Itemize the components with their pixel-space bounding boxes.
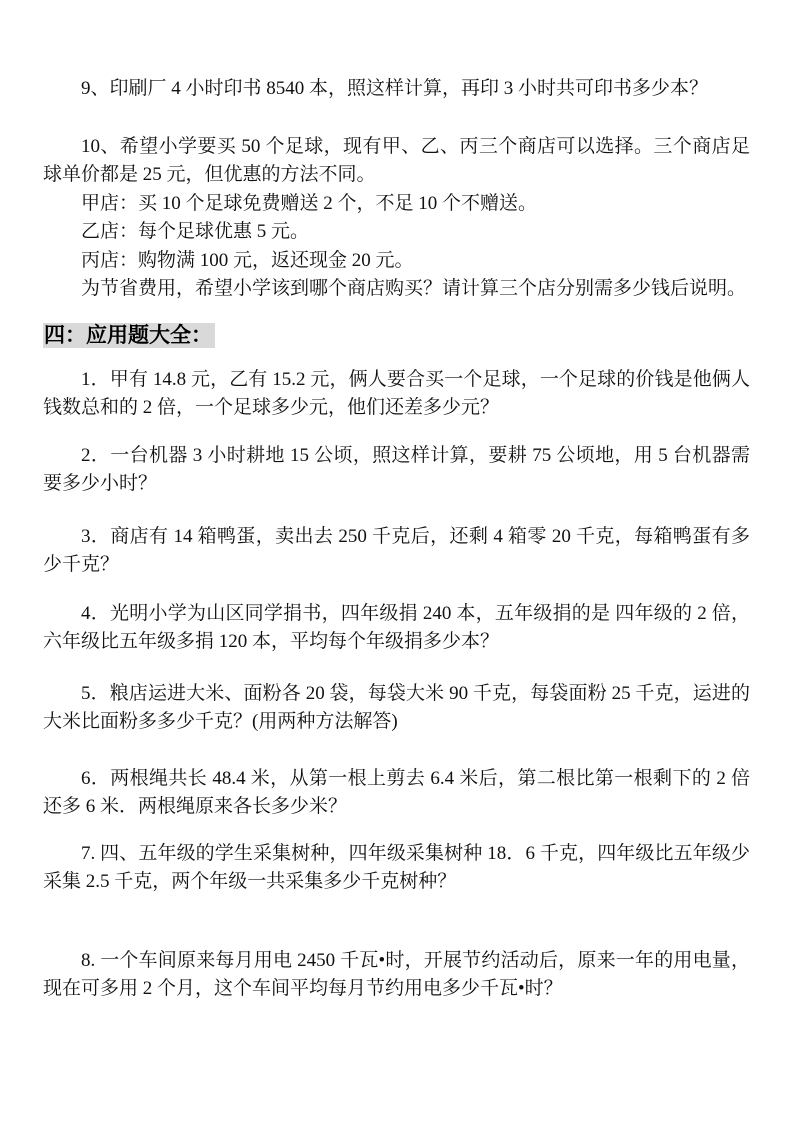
problem-10-store-bing: 丙店：购物满 100 元，返还现金 20 元。 [43,247,750,276]
problem-2: 2．一台机器 3 小时耕地 15 公顷，照这样计算，要耕 75 公顷地，用 5 … [43,442,750,499]
problem-3: 3．商店有 14 箱鸭蛋，卖出去 250 千克后，还剩 4 箱零 20 千克，每… [43,523,750,580]
section-4-header-text: 四：应用题大全： [43,323,215,348]
problem-10-intro: 10、希望小学要买 50 个足球，现有甲、乙、丙三个商店可以选择。三个商店足球单… [43,133,750,190]
problem-9: 9、印刷厂 4 小时印书 8540 本，照这样计算，再印 3 小时共可印书多少本… [43,75,750,104]
document-body: 9、印刷厂 4 小时印书 8540 本，照这样计算，再印 3 小时共可印书多少本… [43,75,750,1004]
worksheet-page: { "page": { "background_color": "#ffffff… [0,0,793,1122]
problem-10-store-jia: 甲店：买 10 个足球免费赠送 2 个，不足 10 个不赠送。 [43,190,750,219]
problem-4: 4．光明小学为山区同学捐书，四年级捐 240 本，五年级捐的是 四年级的 2 倍… [43,600,750,657]
problem-10-conclusion: 为节省费用，希望小学该到哪个商店购买？请计算三个店分别需多少钱后说明。 [43,275,750,304]
problem-5: 5．粮店运进大米、面粉各 20 袋，每袋大米 90 千克，每袋面粉 25 千克，… [43,680,750,737]
section-4-header: 四：应用题大全： [43,319,750,353]
problem-8: 8. 一个车间原来每月用电 2450 千瓦•时，开展节约活动后，原来一年的用电量… [43,947,750,1004]
problem-1: 1．甲有 14.8 元，乙有 15.2 元，俩人要合买一个足球，一个足球的价钱是… [43,366,750,423]
problem-7: 7. 四、五年级的学生采集树种，四年级采集树种 18．6 千克，四年级比五年级少… [43,840,750,897]
problem-6: 6．两根绳共长 48.4 米，从第一根上剪去 6.4 米后，第二根比第一根剩下的… [43,765,750,822]
problem-10-store-yi: 乙店：每个足球优惠 5 元。 [43,218,750,247]
